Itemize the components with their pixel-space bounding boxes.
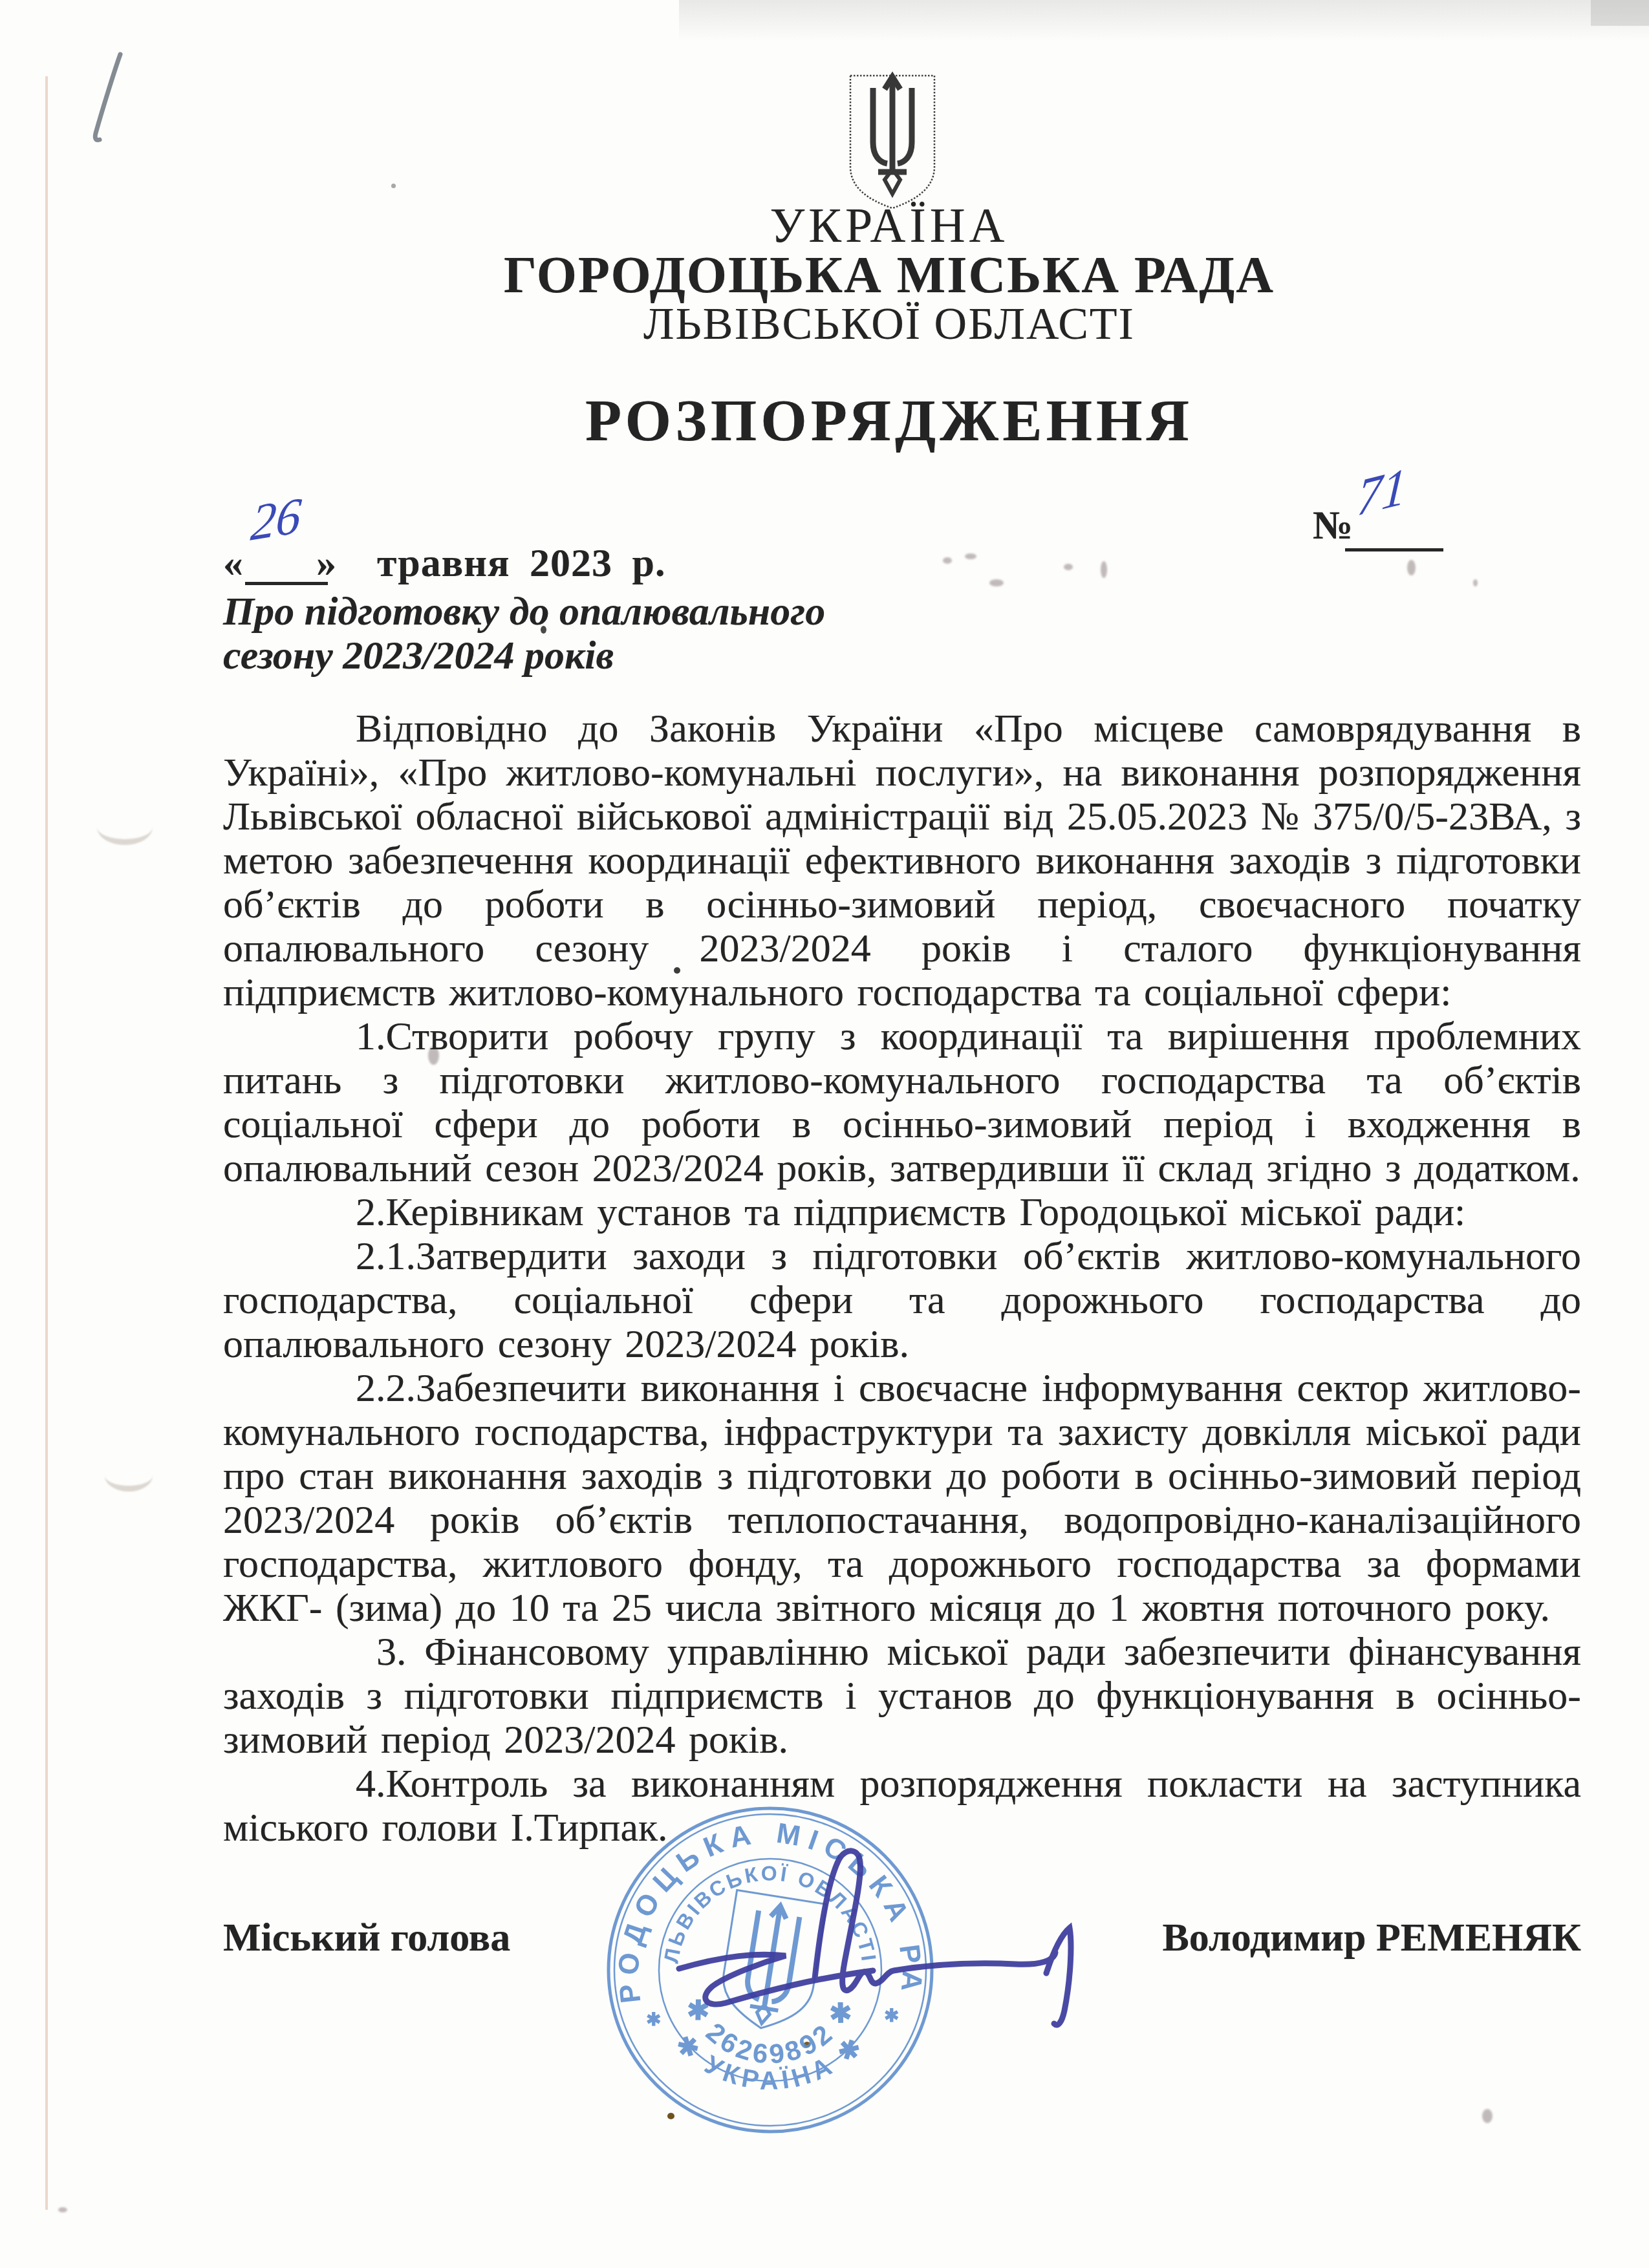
date-blank-underline xyxy=(245,582,328,585)
number-blank-underline xyxy=(1345,548,1443,551)
date-open-quote: « xyxy=(223,540,243,586)
body-paragraph-item-2: 2.Керівникам установ та підприємств Горо… xyxy=(223,1190,1581,1234)
pencil-smudge xyxy=(1407,560,1416,575)
ukraine-trident-emblem-icon xyxy=(845,71,940,212)
handwritten-day: 26 xyxy=(248,486,303,553)
scan-corner-shade-dark xyxy=(1591,0,1649,26)
scan-edge-line xyxy=(45,76,48,2210)
subject-line-2: сезону 2023/2024 років xyxy=(223,634,1128,678)
pencil-smudge xyxy=(1064,564,1073,570)
handwritten-document-number: 71 xyxy=(1355,455,1408,528)
header-region: ЛЬВІВСЬКОЇ ОБЛАСТІ xyxy=(194,299,1584,350)
pen-slash-mark xyxy=(78,39,155,168)
pencil-smudge xyxy=(58,2207,67,2212)
header-council-name: ГОРОДОЦЬКА МІСЬКА РАДА xyxy=(194,246,1584,305)
body-paragraph-intro: Відповідно до Законів України «Про місце… xyxy=(223,707,1581,1014)
date-close-quote: » xyxy=(316,540,336,586)
pencil-smudge xyxy=(965,553,976,559)
signer-title: Міський голова xyxy=(223,1915,510,1961)
date-month-year: травня 2023 р. xyxy=(377,540,665,586)
body-paragraph-item-1: 1.Створити робочу групу з координації та… xyxy=(223,1014,1581,1190)
body-paragraph-item-2-2: 2.2.Забезпечити виконання і своєчасне ін… xyxy=(223,1366,1581,1630)
pencil-smudge xyxy=(1482,2109,1493,2123)
signer-name: Володимир РЕМЕНЯК xyxy=(996,1915,1581,1961)
pencil-smudge xyxy=(1101,561,1107,578)
header-country: УКРАЇНА xyxy=(194,198,1584,254)
document-type-title: РОЗПОРЯДЖЕННЯ xyxy=(194,386,1584,455)
scanned-document-page: УКРАЇНА ГОРОДОЦЬКА МІСЬКА РАДА ЛЬВІВСЬКО… xyxy=(0,0,1649,2268)
scan-corner-shade xyxy=(679,0,1649,41)
pencil-smudge xyxy=(1473,579,1478,586)
document-body: Відповідно до Законів України «Про місце… xyxy=(223,707,1581,1850)
scan-crescent-mark xyxy=(97,809,153,845)
pencil-smudge xyxy=(989,579,1004,586)
dust-speck xyxy=(391,184,396,188)
body-paragraph-item-3: 3. Фінансовому управлінню міської ради з… xyxy=(223,1630,1581,1762)
subject-line-1: Про підготовку до опалювального xyxy=(223,590,1128,634)
document-number-sign: № xyxy=(1313,503,1353,549)
scan-crescent-mark xyxy=(105,1460,153,1492)
body-paragraph-item-2-1: 2.1.Затвердити заходи з підготовки об’єк… xyxy=(223,1234,1581,1366)
pencil-smudge xyxy=(943,557,952,564)
